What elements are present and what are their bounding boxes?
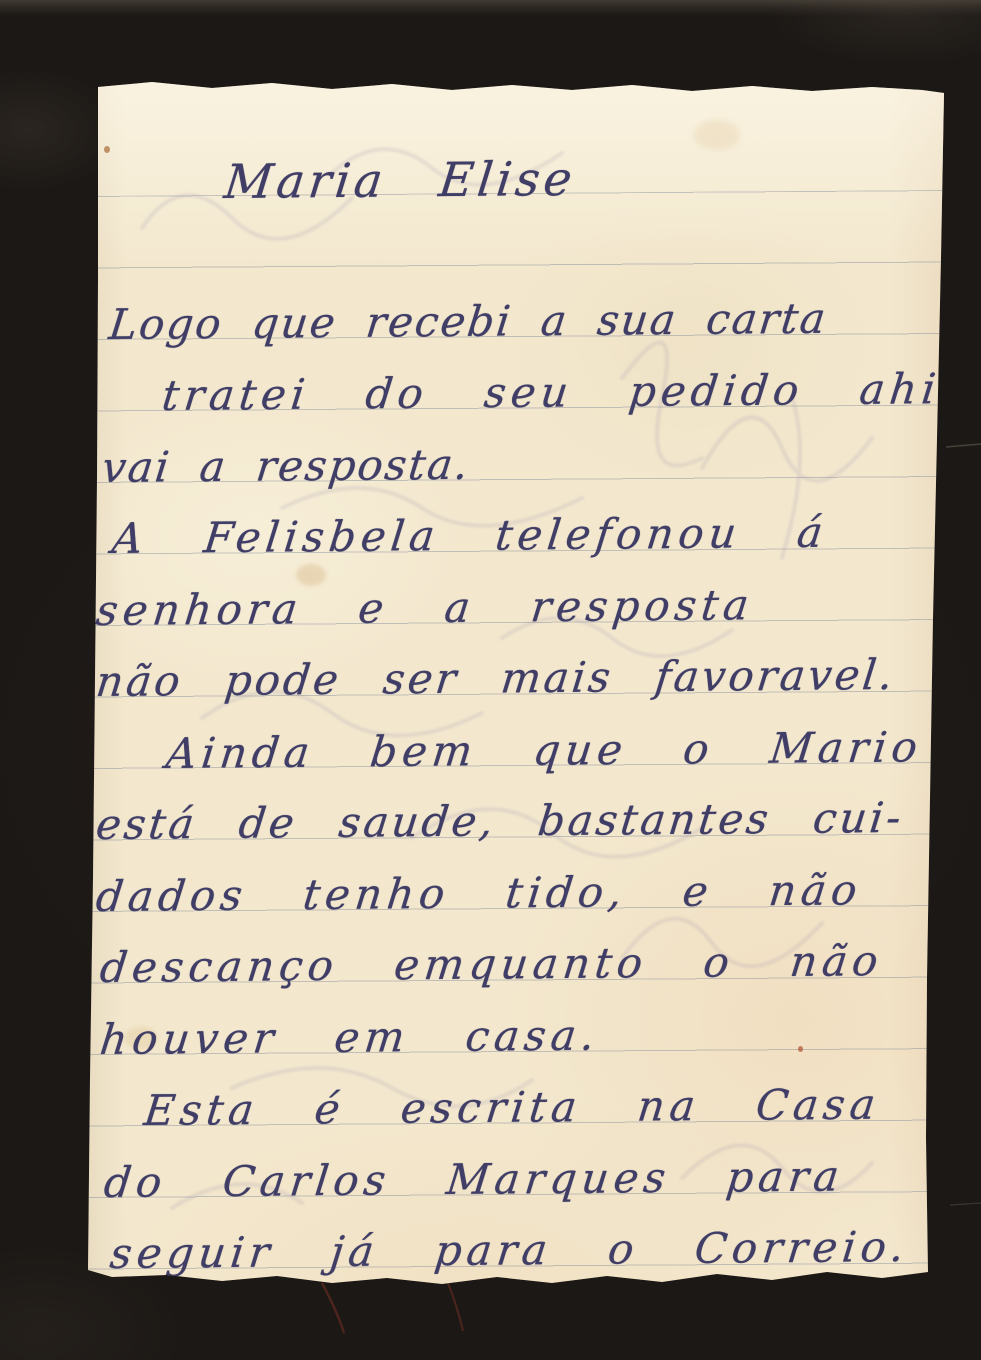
handwritten-line: Esta é escrita na Casa xyxy=(142,1084,882,1132)
handwritten-line: Logo que recebi a sua carta xyxy=(107,298,830,346)
handwritten-line: não pode ser mais favoravel. xyxy=(94,654,898,703)
handwritten-line: está de saude, bastantes cui- xyxy=(94,797,906,846)
letter-heading: Maria Elise xyxy=(222,156,578,206)
handwritten-line: houver em casa. xyxy=(98,1015,602,1061)
handwritten-line: Ainda bem que o Mario xyxy=(164,726,924,775)
handwritten-line: dados tenho tido, e não xyxy=(94,869,864,918)
handwritten-line: do Carlos Marques para xyxy=(102,1156,846,1204)
letter-paper: Maria Elise Logo que recebi a sua carta … xyxy=(82,78,950,1286)
handwritten-line: seguir já para o Correio. xyxy=(108,1226,911,1275)
photo-of-handwritten-letter: Maria Elise Logo que recebi a sua carta … xyxy=(0,0,981,1360)
paper-stain xyxy=(798,1046,803,1052)
paper-stain xyxy=(296,564,326,586)
paper-stain xyxy=(104,146,110,153)
handwritten-line: tratei do seu pedido ahi xyxy=(160,368,943,417)
handwritten-line: senhora e a resposta xyxy=(94,584,756,632)
handwritten-line: descanço emquanto o não xyxy=(98,940,885,989)
handwritten-line: A Felisbela telefonou á xyxy=(110,512,830,560)
handwritten-line: vai a resposta. xyxy=(100,444,472,489)
paper-stain xyxy=(694,120,740,150)
